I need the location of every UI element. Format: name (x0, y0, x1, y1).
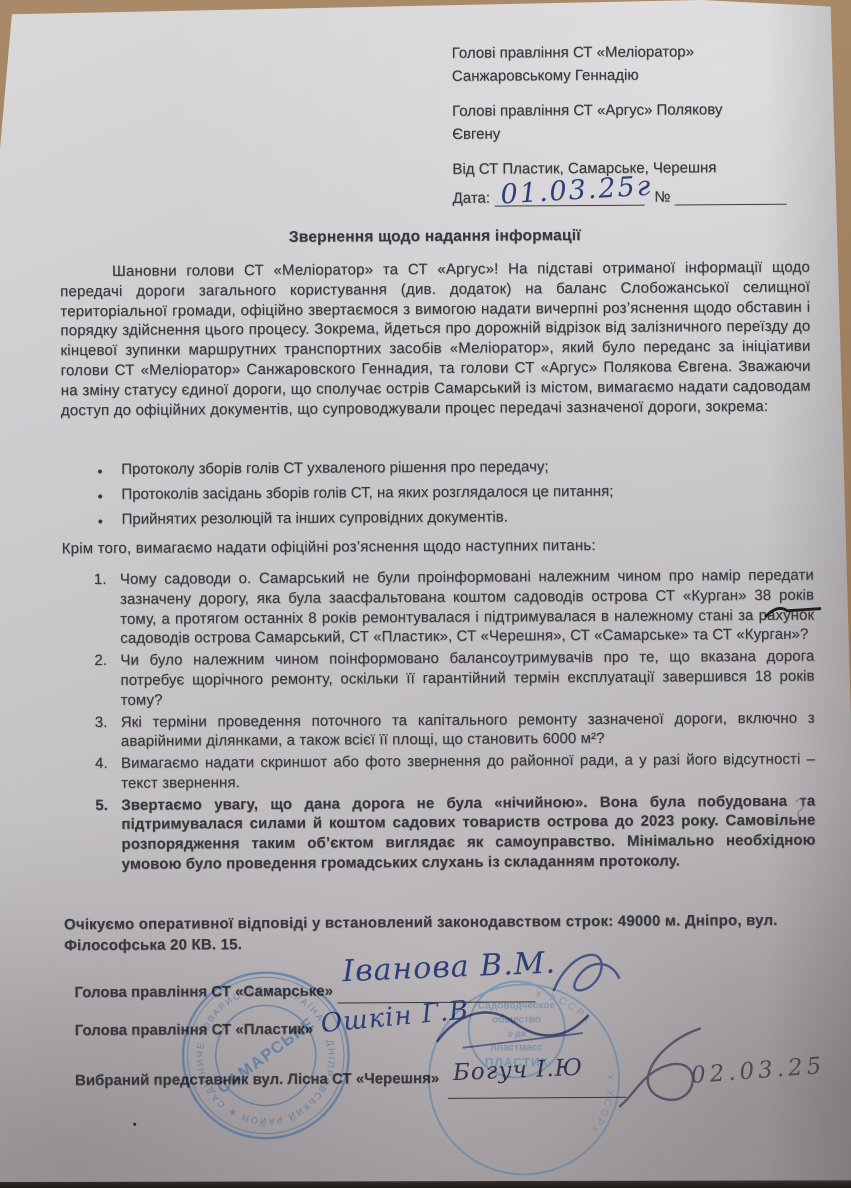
date-label: Дата: (453, 190, 490, 207)
recipient-block: Голові правління СТ «Меліоратор» Санжаро… (452, 40, 823, 181)
recipient-1-line-1: Голові правління СТ «Меліоратор» (452, 40, 822, 65)
questions-intro: Крім того, вимагаємо надати офіційні роз… (62, 536, 812, 558)
pen-mark-question (791, 796, 809, 824)
bullet-item: Прийнятих резолюцій та інших супровідних… (95, 506, 811, 530)
document-content: Голові правління СТ «Меліоратор» Санжаро… (0, 0, 851, 1188)
stamp-center-text: САМАРСЬКЕ (214, 1014, 318, 1097)
question-item: Вимагаємо надати скриншот або фото зверн… (93, 750, 815, 794)
question-item: Які терміни проведення поточного та капі… (93, 708, 815, 752)
stamp-text-line: пластмасс (491, 1042, 544, 1053)
number-blank-line (675, 188, 787, 206)
stamp-text-line: ПЛАСТИК (485, 1055, 549, 1069)
bullet-item: Протоколу зборів голів СТ ухваленого ріш… (95, 456, 811, 480)
stamp-text-line: общество (492, 1013, 541, 1025)
bullet-list: Протоколу зборів голів СТ ухваленого ріш… (95, 456, 811, 535)
bullet-item: Протоколів засідань зборів голів СТ, на … (95, 481, 811, 505)
document-title: Звернення щодо надання інформації (60, 226, 810, 249)
question-item: Чи було належним чином поінформовано бал… (92, 647, 814, 711)
paper-sheet: Голові правління СТ «Меліоратор» Санжаро… (0, 0, 851, 1188)
recipient-2-line-1: Голові правління СТ «Аргус» Полякову (452, 98, 822, 123)
recipient-1-line-2: Санжаровському Геннадію (452, 63, 822, 88)
round-stamp-plastik: · х УССРх · · · · х УССРх · · · · Садово… (410, 974, 639, 1185)
round-stamp-samarske: ★ УКРАЇНА ★ ДНІПРОВСЬКИЙ РАЙОН ★ САДІВНИ… (174, 952, 357, 1158)
question-item: Чому садоводи о. Самарський не були проі… (92, 566, 814, 650)
stamp-text-line: з-да (508, 1028, 527, 1038)
question-list: Чому садоводи о. Самарський не були проі… (92, 566, 816, 877)
question-item: Звертаємо увагу, що дана дорога не була … (93, 791, 815, 874)
stamp-text-line: Садоводческое (478, 1000, 556, 1011)
pen-scribble-right-edge (762, 598, 824, 624)
recipient-2-line-2: Євгену (452, 121, 822, 146)
ink-dot (133, 1123, 136, 1126)
intro-paragraph: Шановни голови СТ «Меліоратор» та СТ «Ар… (60, 258, 811, 421)
intro-text: Шановни голови СТ «Меліоратор» та СТ «Ар… (60, 259, 811, 419)
number-label: № (654, 188, 670, 205)
